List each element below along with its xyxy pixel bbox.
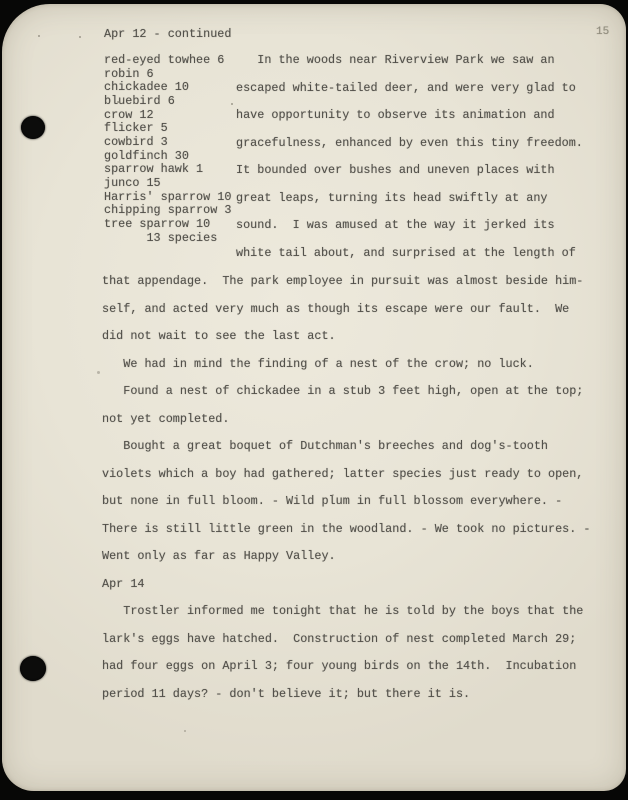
bird-list-item: goldfinch 30	[104, 150, 231, 164]
bird-list-item: crow 12	[104, 109, 231, 123]
bird-list-item: tree sparrow 10	[104, 218, 231, 232]
bird-list-item: robin 6	[104, 68, 231, 82]
text-line: There is still little green in the woodl…	[102, 516, 590, 544]
text-line: self, and acted very much as though its …	[102, 296, 590, 324]
text-line: Went only as far as Happy Valley.	[102, 543, 590, 571]
main-text-column: In the woods near Riverview Park we saw …	[236, 47, 583, 267]
bird-list-item: cowbird 3	[104, 136, 231, 150]
journal-page: Apr 12 - continued 15 red-eyed towhee 6r…	[2, 4, 626, 791]
bird-list-item: flicker 5	[104, 122, 231, 136]
text-line: Bought a great boquet of Dutchman's bree…	[102, 433, 590, 461]
paper-speck	[97, 371, 100, 374]
text-line: sound. I was amused at the way it jerked…	[236, 212, 583, 240]
text-line: Apr 14	[102, 571, 590, 599]
text-line: white tail about, and surprised at the l…	[236, 240, 583, 268]
text-line: gracefulness, enhanced by even this tiny…	[236, 130, 583, 158]
text-line: have opportunity to observe its animatio…	[236, 102, 583, 130]
paper-speck	[79, 36, 81, 38]
text-line: We had in mind the finding of a nest of …	[102, 351, 590, 379]
hole-punch-top	[21, 116, 45, 139]
paper-speck	[38, 35, 40, 37]
paper-speck	[117, 101, 120, 103]
bird-list-item: chipping sparrow 3	[104, 204, 231, 218]
text-line: period 11 days? - don't believe it; but …	[102, 681, 590, 709]
text-line: but none in full bloom. - Wild plum in f…	[102, 488, 590, 516]
bird-list-item: sparrow hawk 1	[104, 163, 231, 177]
body-text-block: that appendage. The park employee in pur…	[102, 268, 590, 708]
text-line: It bounded over bushes and uneven places…	[236, 157, 583, 185]
text-line: Found a nest of chickadee in a stub 3 fe…	[102, 378, 590, 406]
bird-list-item: red-eyed towhee 6	[104, 54, 231, 68]
hole-punch-bottom	[20, 656, 46, 681]
text-line: that appendage. The park employee in pur…	[102, 268, 590, 296]
text-line: lark's eggs have hatched. Construction o…	[102, 626, 590, 654]
scan-background: Apr 12 - continued 15 red-eyed towhee 6r…	[0, 0, 628, 800]
page-number: 15	[596, 26, 609, 38]
paper-speck	[231, 103, 233, 105]
bird-list-item: chickadee 10	[104, 81, 231, 95]
text-line: not yet completed.	[102, 406, 590, 434]
bird-list-item: junco 15	[104, 177, 231, 191]
entry-date-heading: Apr 12 - continued	[104, 27, 231, 41]
text-line: great leaps, turning its head swiftly at…	[236, 185, 583, 213]
text-line: Trostler informed me tonight that he is …	[102, 598, 590, 626]
text-line: In the woods near Riverview Park we saw …	[236, 47, 583, 75]
text-line: did not wait to see the last act.	[102, 323, 590, 351]
paper-speck	[184, 730, 186, 732]
text-line: violets which a boy had gathered; latter…	[102, 461, 590, 489]
text-line: escaped white-tailed deer, and were very…	[236, 75, 583, 103]
bird-list-item: bluebird 6	[104, 95, 231, 109]
bird-count-list: red-eyed towhee 6robin 6chickadee 10blue…	[104, 54, 231, 245]
bird-list-item: 13 species	[104, 232, 231, 246]
bird-list-item: Harris' sparrow 10	[104, 191, 231, 205]
paper-speck	[332, 494, 334, 496]
text-line: had four eggs on April 3; four young bir…	[102, 653, 590, 681]
